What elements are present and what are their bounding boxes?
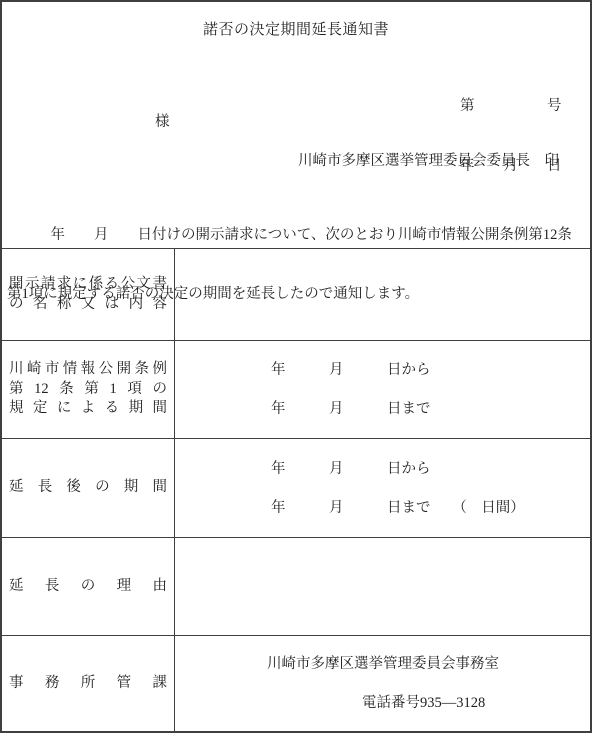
document-page: 諾否の決定期間延長通知書 第 号 年 月 日 様 川崎市多摩区選挙管理委員会委員… [0, 0, 592, 733]
row-extended-period-value: 年 月 日から 年 月 日まで （ 日間） [175, 439, 590, 538]
period-to-line: 年 月 日まで [175, 399, 590, 419]
period-from-line: 年 月 日から [175, 360, 590, 380]
office-name-line: 川崎市多摩区選挙管理委員会事務室 [175, 654, 590, 674]
row-ordinance-period-value: 年 月 日から 年 月 日まで [175, 341, 590, 439]
doc-number-line: 第 号 [460, 96, 562, 116]
extended-to-line: 年 月 日まで （ 日間） [175, 498, 590, 518]
row-extension-reason-label: 延長の理由 [2, 538, 175, 636]
row-extended-period-label: 延長後の期間 [2, 439, 175, 538]
office-phone-line: 電話番号935―3128 [175, 693, 590, 713]
issuer-signature-line: 川崎市多摩区選挙管理委員会委員長 印 [298, 149, 559, 170]
row-ordinance-period-label: 川崎市情報公開条例 第12条第1項の 規定による期間 [2, 341, 175, 439]
form-table: 開示請求に係る公文書 の名称又は内容 川崎市情報公開条例 第12条第1項の 規定… [2, 248, 590, 731]
document-title: 諾否の決定期間延長通知書 [2, 18, 590, 39]
addressee-honorific: 様 [155, 110, 170, 131]
extended-from-line: 年 月 日から [175, 459, 590, 479]
notice-body-line-1: 年 月 日付けの開示請求について、次のとおり川崎市情報公開条例第12条 [7, 226, 586, 246]
row-document-name-value [175, 249, 590, 341]
row-extension-reason-value [175, 538, 590, 636]
row-office-value: 川崎市多摩区選挙管理委員会事務室 電話番号935―3128 [175, 636, 590, 731]
row-office-label: 事務所管課 [2, 636, 175, 731]
row-document-name-label: 開示請求に係る公文書 の名称又は内容 [2, 249, 175, 341]
